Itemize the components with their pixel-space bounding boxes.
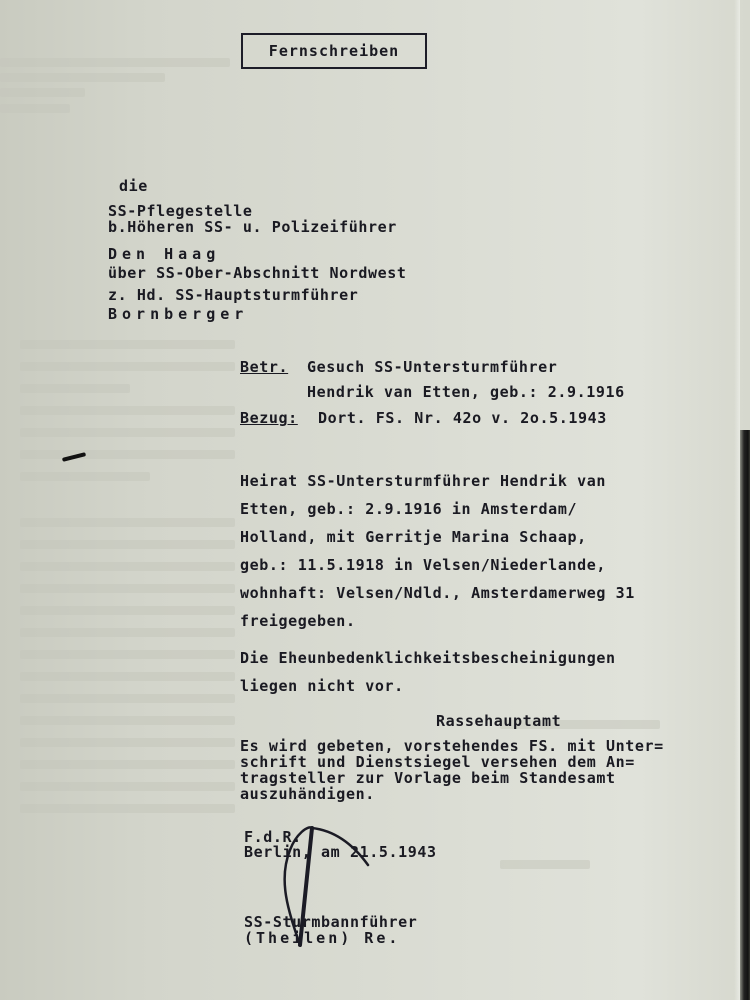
bezug-text: Dort. FS. Nr. 42o v. 2o.5.1943 [318,410,607,427]
recipient-line: z. Hd. SS-Hauptsturmführer [108,287,358,304]
signatory-name: (Theilen) Re. [244,930,400,947]
body-line: Holland, mit Gerritje Marina Schaap, [240,529,587,546]
body-line: Etten, geb.: 2.9.1916 in Amsterdam/ [240,501,577,518]
betr-label: Betr. [240,359,288,376]
body-line: wohnhaft: Velsen/Ndld., Amsterdamerweg 3… [240,585,635,602]
recipient-name: Bornberger [108,306,248,323]
note-line: liegen nicht vor. [240,678,404,695]
page-edge-shadow [740,430,750,1000]
body-line: Heirat SS-Untersturmführer Hendrik van [240,473,606,490]
body-line: geb.: 11.5.1918 in Velsen/Niederlande, [240,557,606,574]
note-line: Die Eheunbedenklichkeitsbescheinigungen [240,650,616,667]
body-line: freigegeben. [240,613,356,630]
office-name: Rassehauptamt [436,713,561,730]
recipient-city: Den Haag [108,246,220,263]
betr-line: Hendrik van Etten, geb.: 2.9.1916 [307,384,625,401]
betr-line: Gesuch SS-Untersturmführer [307,359,557,376]
recipient-line: über SS-Ober-Abschnitt Nordwest [108,265,407,282]
request-line: auszuhändigen. [240,786,375,803]
place-date: Berlin, am 21.5.1943 [244,844,437,861]
document-type-heading: Fernschreiben [241,33,427,69]
recipient-line: b.Höheren SS- u. Polizeiführer [108,219,397,236]
bezug-label: Bezug: [240,410,298,427]
recipient-line: die [119,178,148,195]
